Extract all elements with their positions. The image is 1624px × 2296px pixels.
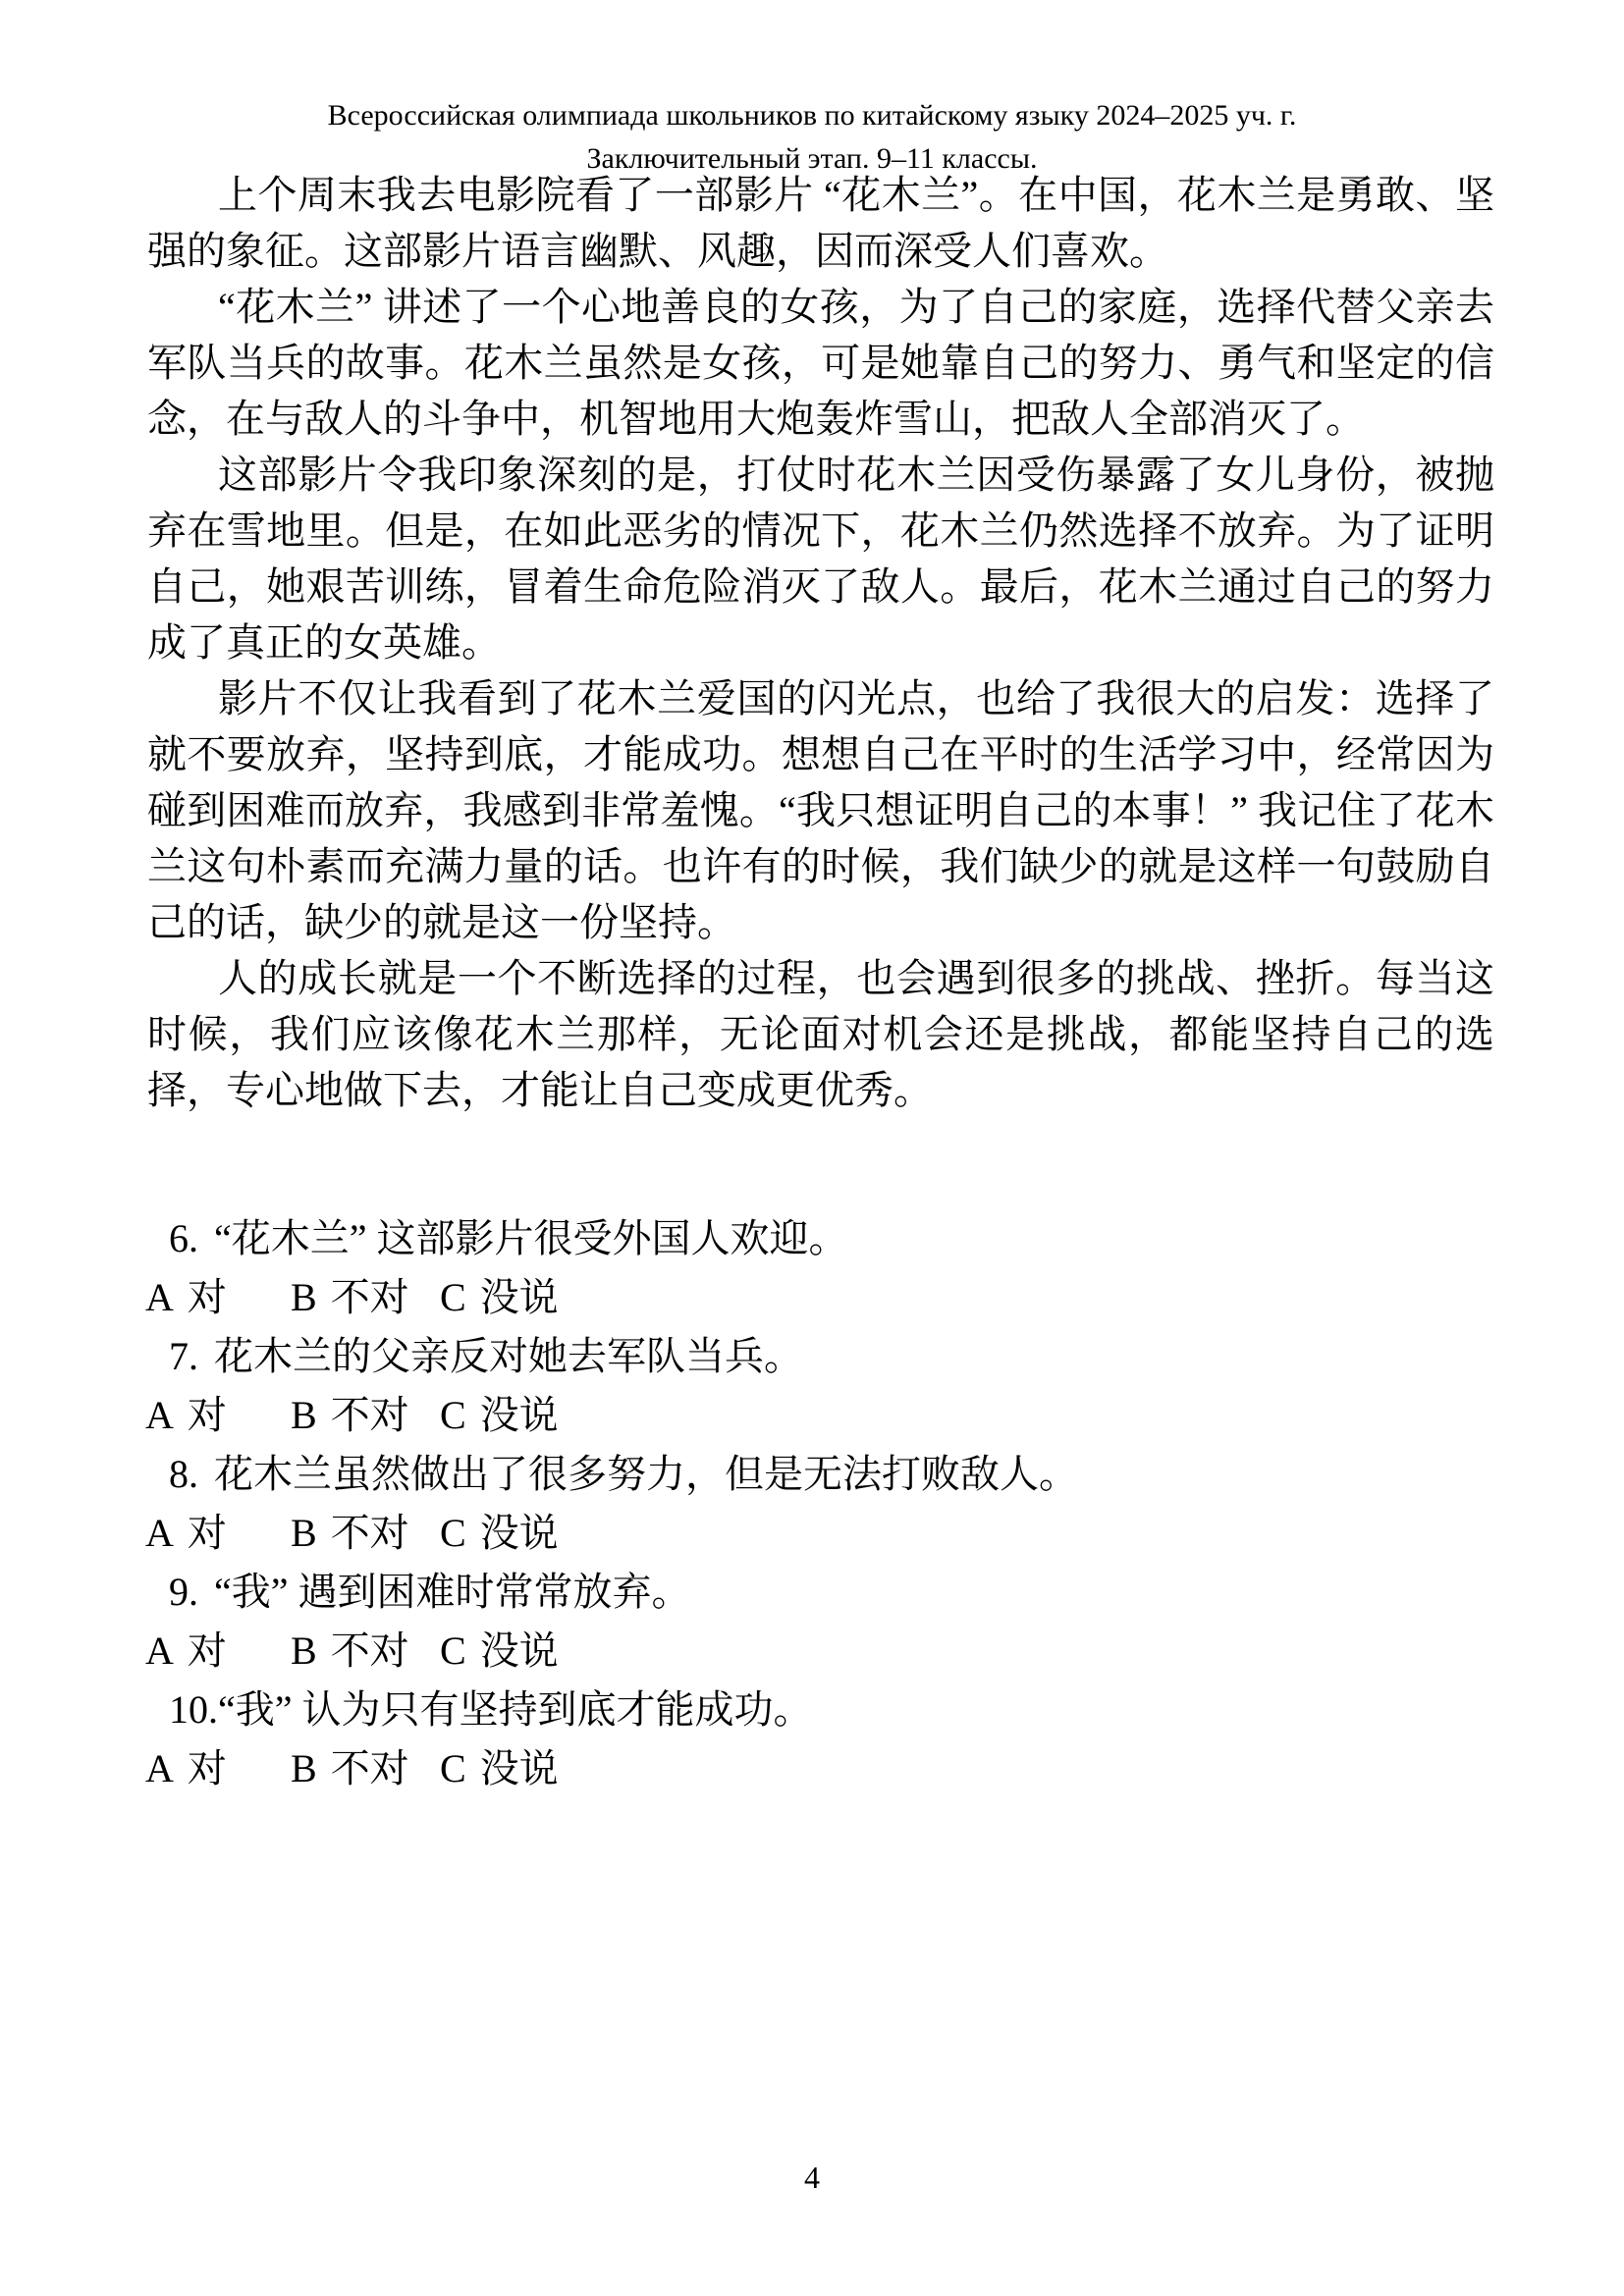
- options-row: A对B不对C没说: [145, 1622, 1492, 1681]
- option-letter: B: [291, 1739, 317, 1798]
- passage-paragraph: “花木兰” 讲述了一个心地善良的女孩，为了自己的家庭，选择代替父亲去军队当兵的故…: [147, 279, 1494, 447]
- option-label: 不对: [331, 1746, 409, 1790]
- reading-passage: 上个周末我去电影院看了一部影片 “花木兰”。在中国，花木兰是勇敢、坚强的象征。这…: [147, 167, 1494, 1118]
- question-number: 7.: [169, 1327, 214, 1386]
- option-a: A对: [145, 1739, 291, 1798]
- option-a: A对: [145, 1622, 291, 1681]
- question-line: 10.“我” 认为只有坚持到底才能成功。: [145, 1681, 1492, 1739]
- option-label: 不对: [331, 1629, 409, 1673]
- passage-paragraph: 影片不仅让我看到了花木兰爱国的闪光点，也给了我很大的启发：选择了就不要放弃，坚持…: [147, 670, 1494, 950]
- question-text: “我” 遇到困难时常常放弃。: [214, 1570, 691, 1614]
- option-b: B不对: [291, 1504, 440, 1563]
- passage-paragraph: 这部影片令我印象深刻的是，打仗时花木兰因受伤暴露了女儿身份，被抛弃在雪地里。但是…: [147, 447, 1494, 670]
- option-a: A对: [145, 1504, 291, 1563]
- question-number: 10.: [169, 1681, 218, 1739]
- question-line: 7.花木兰的父亲反对她去军队当兵。: [145, 1327, 1492, 1386]
- option-c: C没说: [440, 1268, 559, 1327]
- option-a: A对: [145, 1386, 291, 1445]
- option-label: 不对: [331, 1393, 409, 1437]
- option-b: B不对: [291, 1268, 440, 1327]
- question-number: 6.: [169, 1209, 214, 1268]
- option-label: 没说: [480, 1746, 559, 1790]
- option-label: 没说: [480, 1629, 559, 1673]
- questions-section: 6.“花木兰” 这部影片很受外国人欢迎。A对B不对C没说7.花木兰的父亲反对她去…: [145, 1209, 1492, 1798]
- exam-document-page: Всероссийская олимпиада школьников по ки…: [0, 0, 1624, 2296]
- option-label: 对: [188, 1629, 227, 1673]
- option-letter: C: [440, 1504, 466, 1563]
- options-row: A对B不对C没说: [145, 1268, 1492, 1327]
- options-row: A对B不对C没说: [145, 1739, 1492, 1798]
- option-label: 不对: [331, 1275, 409, 1319]
- option-letter: A: [145, 1739, 174, 1798]
- question-line: 9.“我” 遇到困难时常常放弃。: [145, 1563, 1492, 1622]
- option-b: B不对: [291, 1386, 440, 1445]
- option-label: 对: [188, 1275, 227, 1319]
- option-label: 没说: [480, 1275, 559, 1319]
- page-number: 4: [0, 2158, 1624, 2197]
- option-letter: C: [440, 1386, 466, 1445]
- passage-paragraph: 上个周末我去电影院看了一部影片 “花木兰”。在中国，花木兰是勇敢、坚强的象征。这…: [147, 167, 1494, 279]
- option-a: A对: [145, 1268, 291, 1327]
- option-letter: B: [291, 1504, 317, 1563]
- passage-paragraph: 人的成长就是一个不断选择的过程，也会遇到很多的挑战、挫折。每当这时候，我们应该像…: [147, 950, 1494, 1118]
- option-letter: A: [145, 1386, 174, 1445]
- option-label: 没说: [480, 1393, 559, 1437]
- option-label: 对: [188, 1393, 227, 1437]
- question-text: “花木兰” 这部影片很受外国人欢迎。: [214, 1216, 848, 1260]
- question-text: 花木兰的父亲反对她去军队当兵。: [214, 1334, 803, 1378]
- option-letter: A: [145, 1268, 174, 1327]
- option-letter: C: [440, 1739, 466, 1798]
- question-text: 花木兰虽然做出了很多努力，但是无法打败敌人。: [214, 1452, 1078, 1496]
- option-letter: C: [440, 1622, 466, 1681]
- question-line: 8.花木兰虽然做出了很多努力，但是无法打败敌人。: [145, 1445, 1492, 1504]
- option-letter: C: [440, 1268, 466, 1327]
- option-letter: A: [145, 1504, 174, 1563]
- option-label: 对: [188, 1511, 227, 1555]
- options-row: A对B不对C没说: [145, 1386, 1492, 1445]
- option-c: C没说: [440, 1739, 559, 1798]
- option-b: B不对: [291, 1739, 440, 1798]
- option-c: C没说: [440, 1504, 559, 1563]
- question-text: “我” 认为只有坚持到底才能成功。: [218, 1687, 813, 1732]
- option-label: 没说: [480, 1511, 559, 1555]
- option-letter: B: [291, 1386, 317, 1445]
- option-c: C没说: [440, 1622, 559, 1681]
- question-line: 6.“花木兰” 这部影片很受外国人欢迎。: [145, 1209, 1492, 1268]
- option-letter: A: [145, 1622, 174, 1681]
- header-olympiad-title: Всероссийская олимпиада школьников по ки…: [0, 94, 1624, 137]
- option-b: B不对: [291, 1622, 440, 1681]
- option-label: 对: [188, 1746, 227, 1790]
- option-letter: B: [291, 1622, 317, 1681]
- option-label: 不对: [331, 1511, 409, 1555]
- option-c: C没说: [440, 1386, 559, 1445]
- options-row: A对B不对C没说: [145, 1504, 1492, 1563]
- question-number: 9.: [169, 1563, 214, 1622]
- option-letter: B: [291, 1268, 317, 1327]
- question-number: 8.: [169, 1445, 214, 1504]
